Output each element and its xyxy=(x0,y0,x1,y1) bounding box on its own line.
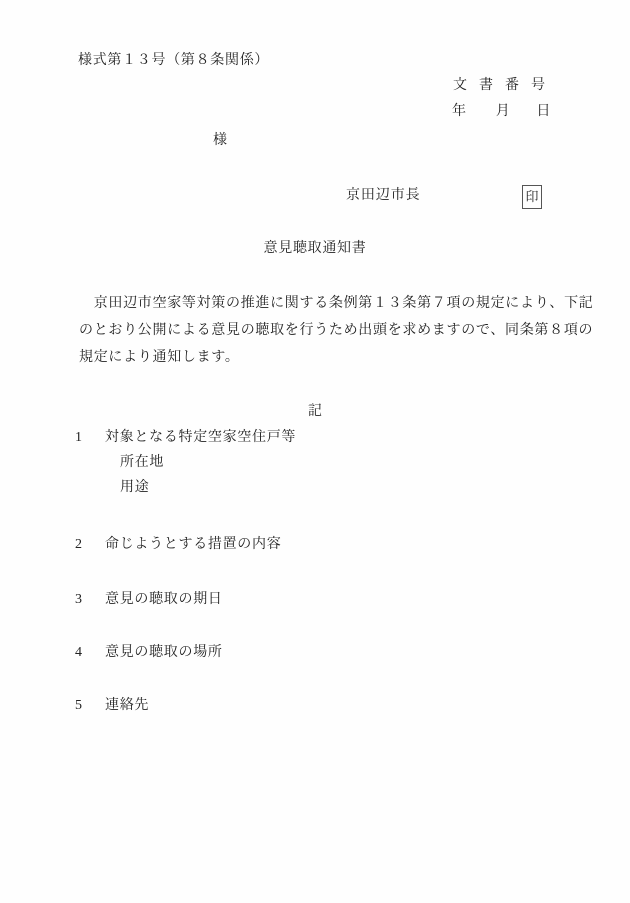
item-label: 意見の聴取の期日 xyxy=(105,592,223,607)
date-line: 年月日 xyxy=(452,98,551,125)
item-label: 連絡先 xyxy=(105,698,149,713)
list-item-3: 3意見の聴取の期日 xyxy=(75,586,223,613)
item-number: 2 xyxy=(75,531,105,558)
item-number: 5 xyxy=(75,692,105,719)
body-line-3: 規定により通知します。 xyxy=(79,344,240,371)
item-number: 3 xyxy=(75,586,105,613)
sender-title: 京田辺市長 xyxy=(346,182,421,209)
document-title: 意見聴取通知書 xyxy=(0,235,630,262)
body-line-2: のとおり公開による意見の聴取を行うため出頭を求めますので、同条第８項の xyxy=(79,317,593,344)
document-number-label: 文書番号 xyxy=(453,72,557,99)
notice-document-page: 様式第１３号（第８条関係） 文書番号 年月日 様 京田辺市長 印 意見聴取通知書… xyxy=(0,0,630,903)
record-marker: 記 xyxy=(0,398,630,425)
item-number: 1 xyxy=(75,424,105,451)
item-number: 4 xyxy=(75,639,105,666)
list-item-1: 1対象となる特定空家空住戸等 xyxy=(75,424,296,451)
list-item-1-sub-usage: 用途 xyxy=(120,474,149,501)
list-item-4: 4意見の聴取の場所 xyxy=(75,639,223,666)
day-label: 日 xyxy=(536,104,551,119)
list-item-2: 2命じようとする措置の内容 xyxy=(75,531,281,558)
body-line-1: 京田辺市空家等対策の推進に関する条例第１３条第７項の規定により、下記 xyxy=(79,290,594,317)
item-label: 意見の聴取の場所 xyxy=(105,645,223,660)
year-label: 年 xyxy=(452,104,467,119)
month-label: 月 xyxy=(496,104,511,119)
list-item-5: 5連絡先 xyxy=(75,692,149,719)
form-number: 様式第１３号（第８条関係） xyxy=(78,47,269,74)
seal-stamp-box: 印 xyxy=(522,185,542,209)
list-item-1-sub-location: 所在地 xyxy=(120,449,164,476)
addressee-honorific: 様 xyxy=(213,127,228,154)
item-label: 命じようとする措置の内容 xyxy=(105,537,281,552)
item-label: 対象となる特定空家空住戸等 xyxy=(105,430,296,445)
